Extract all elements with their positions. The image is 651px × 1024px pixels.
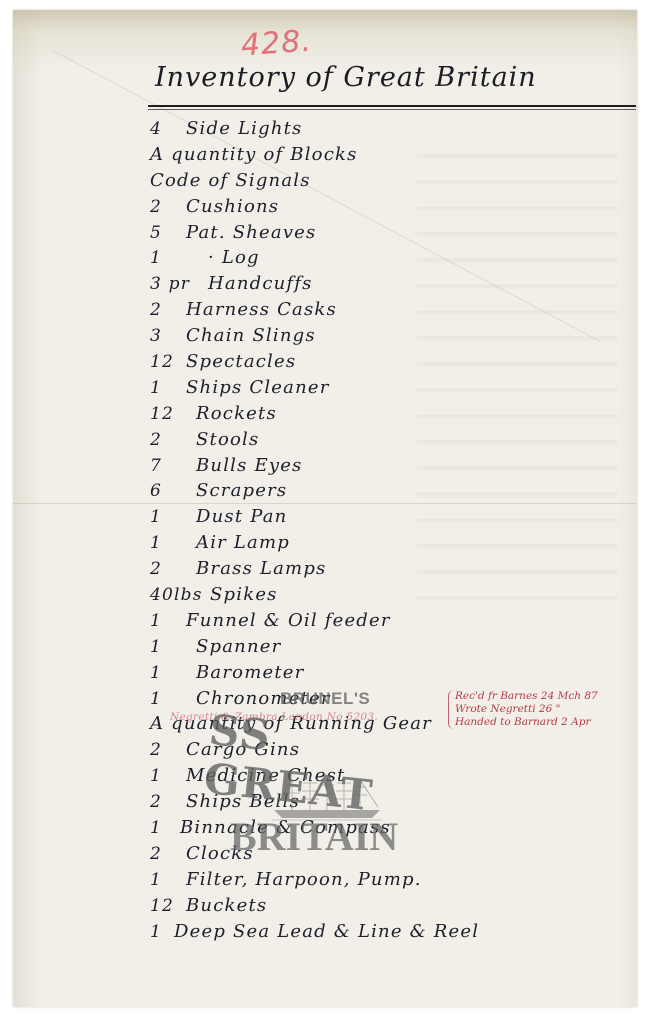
margin-note-line: Handed to Barnard 2 Apr (455, 716, 598, 729)
list-item: 12Rockets (150, 403, 479, 429)
item-description: Deep Sea Lead & Line & Reel (174, 921, 479, 942)
item-quantity: 2 (150, 430, 194, 450)
item-description: Bulls Eyes (196, 455, 303, 476)
item-quantity: 1 (150, 378, 184, 398)
item-quantity: 6 (150, 481, 194, 501)
item-quantity: 40lbs (150, 585, 208, 605)
list-item: 3Chain Slings (150, 325, 479, 351)
list-item: 40lbsSpikes (150, 584, 479, 610)
item-quantity: 1 (150, 922, 172, 942)
list-item: 2Harness Casks (150, 299, 479, 325)
list-item: 1Binnacle & Compass (150, 817, 479, 843)
list-item: 12Buckets (150, 895, 479, 921)
list-item: 2Clocks (150, 843, 479, 869)
item-quantity: 2 (150, 559, 194, 579)
chronometer-maker-annotation: Negretti & Zambra London No 5203. (170, 711, 378, 723)
item-quantity: 1 (150, 533, 194, 553)
list-item: 2Ships Bells (150, 791, 479, 817)
item-description: Spanner (196, 636, 281, 657)
item-description: Rockets (196, 403, 277, 424)
item-quantity: 1 (150, 248, 206, 268)
item-description: Clocks (186, 843, 254, 864)
list-item: 4Side Lights (150, 118, 479, 144)
item-description: Chronometer (196, 688, 331, 709)
item-description: Ships Cleaner (186, 377, 330, 398)
item-description: Cushions (186, 196, 279, 217)
list-item: 12Spectacles (150, 351, 479, 377)
item-quantity: 1 (150, 689, 194, 709)
list-item: 1Filter, Harpoon, Pump. (150, 869, 479, 895)
item-description: Spikes (210, 584, 278, 605)
list-item: 1Barometer (150, 662, 479, 688)
item-description: Spectacles (186, 351, 296, 372)
item-quantity: 4 (150, 119, 184, 139)
item-description: Ships Bells (186, 791, 300, 812)
folio-number: 428. (240, 24, 313, 64)
item-description: Pat. Sheaves (186, 222, 316, 243)
item-quantity: 2 (150, 197, 184, 217)
list-item: 1Dust Pan (150, 506, 479, 532)
item-quantity: 1 (150, 870, 184, 890)
item-description: Handcuffs (208, 273, 313, 294)
item-quantity: 7 (150, 456, 194, 476)
item-quantity: 1 (150, 507, 194, 527)
item-description: Chain Slings (186, 325, 316, 346)
list-item: 2Brass Lamps (150, 558, 479, 584)
list-item: Code of Signals (150, 170, 479, 196)
item-quantity: 12 (150, 352, 184, 372)
margin-note-line: Rec'd fr Barnes 24 Mch 87 (455, 690, 598, 703)
list-item: 2Cargo Gins (150, 739, 479, 765)
item-description: Cargo Gins (186, 739, 300, 760)
item-description: Buckets (186, 895, 267, 916)
list-item: 1Deep Sea Lead & Line & Reel (150, 921, 479, 947)
item-description: Dust Pan (196, 506, 287, 527)
item-quantity: 5 (150, 223, 184, 243)
title-underline-secondary (148, 109, 636, 110)
inventory-list: 4Side Lights A quantity of Blocks Code o… (150, 118, 479, 947)
item-description: Funnel & Oil feeder (186, 610, 391, 631)
list-item: 2Stools (150, 429, 479, 455)
item-description: Brass Lamps (196, 558, 326, 579)
item-description: Side Lights (186, 118, 302, 139)
item-description: Binnacle & Compass (180, 817, 391, 838)
item-description: Barometer (196, 662, 304, 683)
list-item: A quantity of Blocks (150, 144, 479, 170)
item-quantity: 1 (150, 663, 194, 683)
item-quantity: 2 (150, 300, 184, 320)
list-item: 1Chronometer (150, 688, 479, 714)
item-quantity: 1 (150, 637, 194, 657)
list-item: 5Pat. Sheaves (150, 222, 479, 248)
chronometer-margin-note: Rec'd fr Barnes 24 Mch 87 Wrote Negretti… (448, 690, 598, 729)
item-quantity: 1 (150, 818, 178, 838)
list-item: 1Ships Cleaner (150, 377, 479, 403)
list-item: 3 prHandcuffs (150, 273, 479, 299)
item-description: · Log (208, 247, 260, 268)
item-description: Scrapers (196, 480, 287, 501)
title-underline (148, 105, 636, 107)
item-quantity: 1 (150, 766, 184, 786)
list-item: 6Scrapers (150, 480, 479, 506)
item-quantity: 12 (150, 896, 184, 916)
item-description: Code of Signals (150, 170, 311, 191)
list-item: 1· Log (150, 247, 479, 273)
item-description: A quantity of Blocks (150, 144, 358, 165)
margin-note-line: Wrote Negretti 26 " (455, 703, 598, 716)
list-item: 1Funnel & Oil feeder (150, 610, 479, 636)
list-item: 1Spanner (150, 636, 479, 662)
item-quantity: 2 (150, 740, 184, 760)
item-quantity: 3 (150, 326, 184, 346)
item-quantity: 3 pr (150, 274, 206, 294)
list-item: 2Cushions (150, 196, 479, 222)
list-item: 1Medicine Chest (150, 765, 479, 791)
item-description: Air Lamp (196, 532, 290, 553)
item-quantity: 2 (150, 844, 184, 864)
page-title: Inventory of Great Britain (155, 62, 537, 93)
item-description: Filter, Harpoon, Pump. (186, 869, 422, 890)
list-item: 1Air Lamp (150, 532, 479, 558)
item-quantity: 12 (150, 404, 194, 424)
list-item: 7Bulls Eyes (150, 455, 479, 481)
item-quantity: 2 (150, 792, 184, 812)
item-quantity: 1 (150, 611, 184, 631)
item-description: Medicine Chest (186, 765, 345, 786)
item-description: Stools (196, 429, 259, 450)
item-description: Harness Casks (186, 299, 337, 320)
